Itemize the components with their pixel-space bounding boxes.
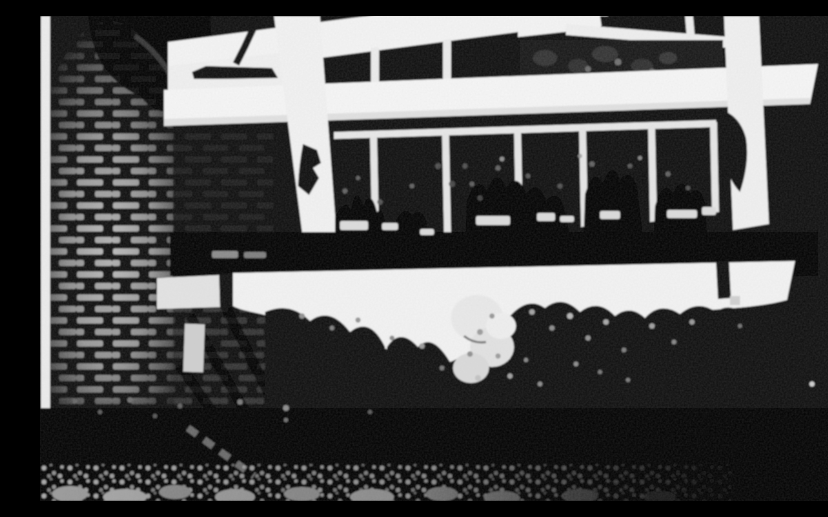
film-grain-overlay — [40, 16, 828, 501]
photo-canvas — [40, 16, 828, 501]
halftone-photo — [40, 16, 828, 501]
